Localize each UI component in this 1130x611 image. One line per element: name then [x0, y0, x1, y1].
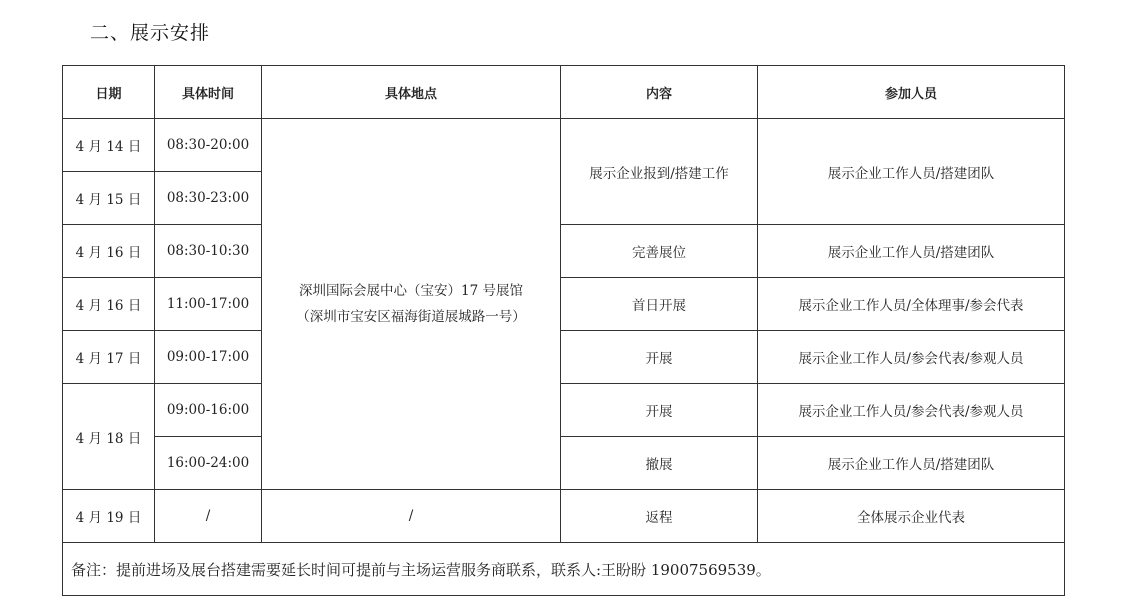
people-cell: 展示企业工作人员/全体理事/参会代表 [758, 278, 1065, 331]
people-cell: 展示企业工作人员/搭建团队 [758, 119, 1065, 225]
table-row: 4 月 19 日 / / 返程 全体展示企业代表 [63, 490, 1065, 543]
note-row: 备注：提前进场及展台搭建需要延长时间可提前与主场运营服务商联系，联系人:王盼盼 … [63, 543, 1065, 596]
people-cell: 展示企业工作人员/搭建团队 [758, 225, 1065, 278]
location-cell: / [262, 490, 561, 543]
content-cell: 首日开展 [561, 278, 758, 331]
table-row: 4 月 14 日 08:30-20:00 深圳国际会展中心（宝安）17 号展馆 … [63, 119, 1065, 172]
schedule-table: 日期 具体时间 具体地点 内容 参加人员 4 月 14 日 08:30-20:0… [62, 65, 1065, 596]
time-cell: 09:00-17:00 [155, 331, 262, 384]
date-cell: 4 月 16 日 [63, 278, 155, 331]
time-cell: 08:30-20:00 [155, 119, 262, 172]
content-cell: 开展 [561, 384, 758, 437]
content-cell: 返程 [561, 490, 758, 543]
content-cell: 完善展位 [561, 225, 758, 278]
content-cell: 撤展 [561, 437, 758, 490]
people-cell: 全体展示企业代表 [758, 490, 1065, 543]
header-people: 参加人员 [758, 66, 1065, 119]
content-cell: 开展 [561, 331, 758, 384]
content-cell: 展示企业报到/搭建工作 [561, 119, 758, 225]
time-cell: 08:30-23:00 [155, 172, 262, 225]
table-row: 4 月 16 日 11:00-17:00 首日开展 展示企业工作人员/全体理事/… [63, 278, 1065, 331]
time-cell: 11:00-17:00 [155, 278, 262, 331]
date-cell: 4 月 16 日 [63, 225, 155, 278]
header-row: 日期 具体时间 具体地点 内容 参加人员 [63, 66, 1065, 119]
section-heading: 二、展示安排 [90, 18, 210, 45]
table-row: 4 月 16 日 08:30-10:30 完善展位 展示企业工作人员/搭建团队 [63, 225, 1065, 278]
date-cell: 4 月 14 日 [63, 119, 155, 172]
header-location: 具体地点 [262, 66, 561, 119]
header-time: 具体时间 [155, 66, 262, 119]
header-date: 日期 [63, 66, 155, 119]
date-cell: 4 月 15 日 [63, 172, 155, 225]
location-venue: 深圳国际会展中心（宝安）17 号展馆 [262, 278, 560, 304]
time-cell: 09:00-16:00 [155, 384, 262, 437]
date-cell: 4 月 17 日 [63, 331, 155, 384]
location-address: （深圳市宝安区福海街道展城路一号） [262, 304, 560, 330]
table-row: 4 月 17 日 09:00-17:00 开展 展示企业工作人员/参会代表/参观… [63, 331, 1065, 384]
header-content: 内容 [561, 66, 758, 119]
note-cell: 备注：提前进场及展台搭建需要延长时间可提前与主场运营服务商联系，联系人:王盼盼 … [63, 543, 1065, 596]
time-cell: 08:30-10:30 [155, 225, 262, 278]
location-cell: 深圳国际会展中心（宝安）17 号展馆 （深圳市宝安区福海街道展城路一号） [262, 119, 561, 490]
date-cell: 4 月 18 日 [63, 384, 155, 490]
table-row: 4 月 18 日 09:00-16:00 开展 展示企业工作人员/参会代表/参观… [63, 384, 1065, 437]
time-cell: 16:00-24:00 [155, 437, 262, 490]
time-cell: / [155, 490, 262, 543]
people-cell: 展示企业工作人员/参会代表/参观人员 [758, 331, 1065, 384]
date-cell: 4 月 19 日 [63, 490, 155, 543]
people-cell: 展示企业工作人员/参会代表/参观人员 [758, 384, 1065, 437]
people-cell: 展示企业工作人员/搭建团队 [758, 437, 1065, 490]
table-row: 16:00-24:00 撤展 展示企业工作人员/搭建团队 [63, 437, 1065, 490]
